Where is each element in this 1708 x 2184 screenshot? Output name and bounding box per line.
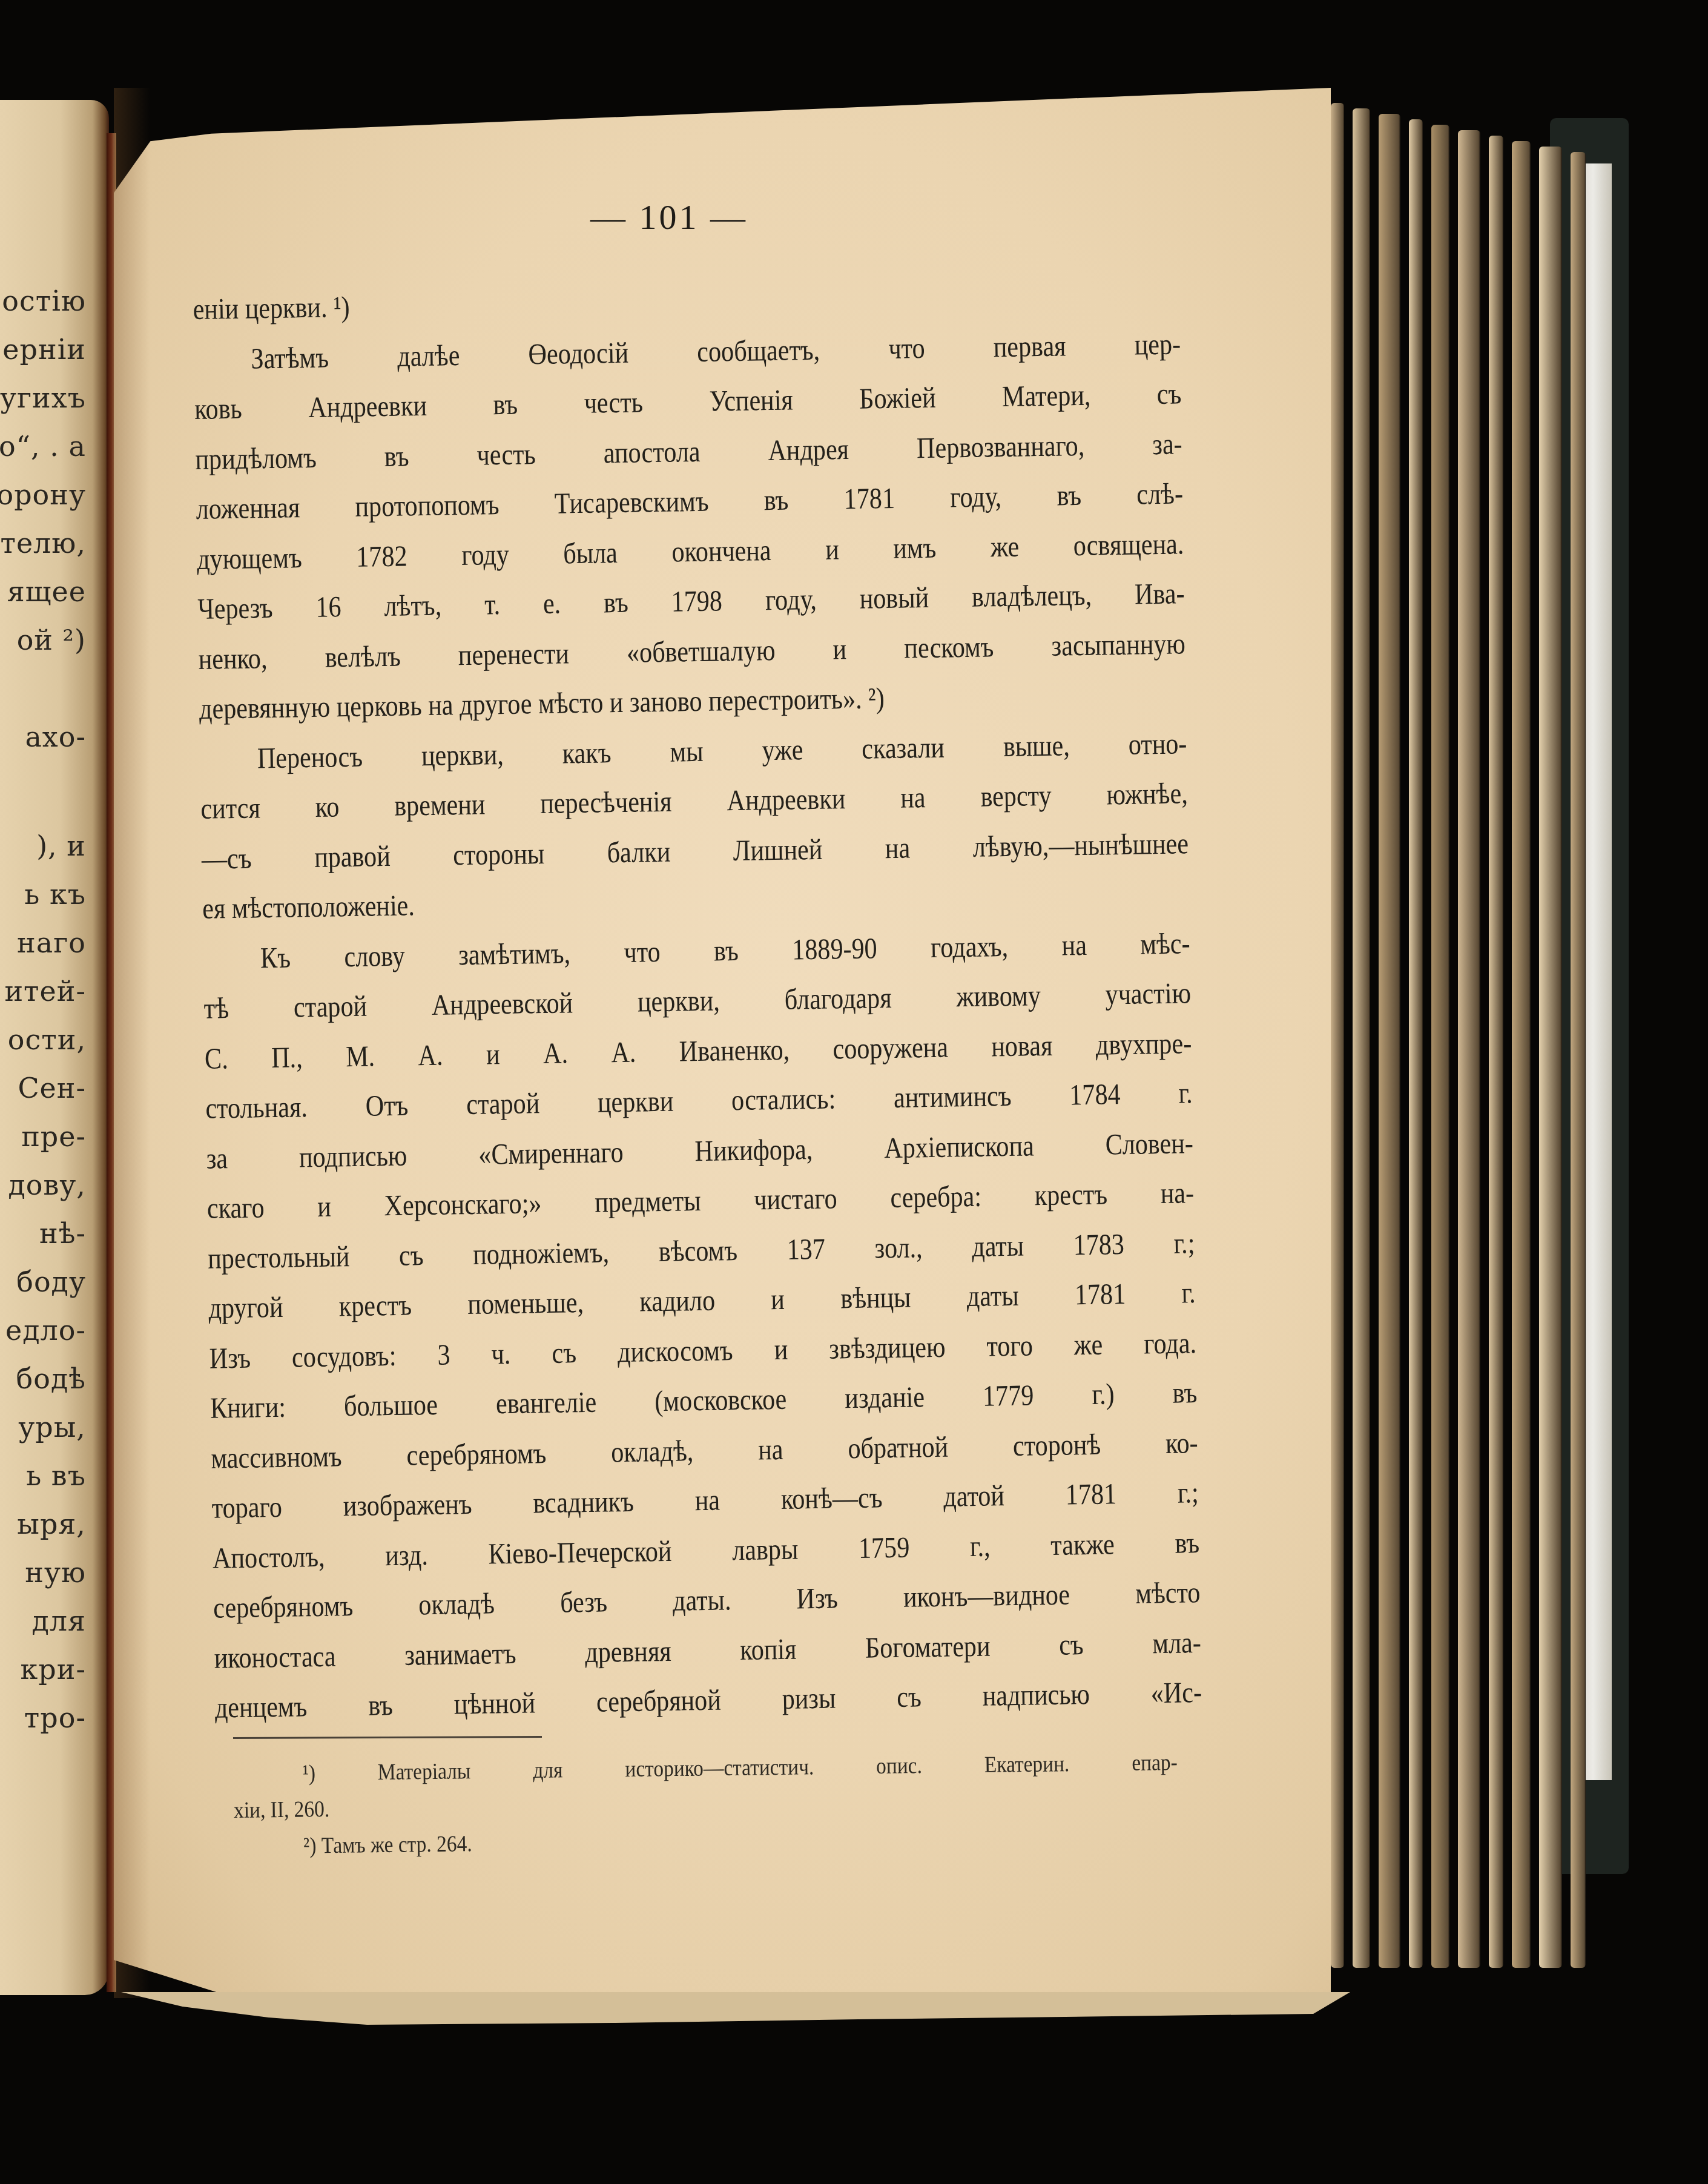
left-page-text-line: для (31, 1605, 86, 1637)
left-page-text-line: итей- (4, 975, 86, 1008)
left-page-text-line: кри- (21, 1653, 86, 1686)
left-page-text-line: ости, (8, 1023, 86, 1056)
left-page-text-line: угихъ (0, 381, 86, 414)
left-page-text-line: ыря, (17, 1508, 86, 1540)
left-page-text-line: тро- (24, 1701, 86, 1734)
page-edge (1539, 147, 1562, 1968)
page-edge (1409, 119, 1423, 1968)
left-page-text-line: ящее (7, 575, 86, 608)
page-bottom-edge (121, 1992, 1350, 2028)
left-page-text-line: Сен- (18, 1072, 86, 1104)
left-page-text-line: ), и (36, 830, 86, 862)
page-number: — 101 — (590, 197, 748, 237)
left-page-text-line: ностію (0, 285, 86, 317)
page-edge (1379, 114, 1400, 1968)
page-edges-stack (1331, 103, 1615, 1968)
left-page-text-line: ь въ (26, 1459, 86, 1492)
left-page-text-line: боду (16, 1265, 86, 1298)
left-page-text-line: телю, (0, 527, 86, 559)
left-page-text-line: едло- (5, 1314, 86, 1347)
footnotes: ¹) Матеріалы для историко—статистич. опи… (233, 1744, 1179, 1865)
left-page-text-line: ь къ (24, 878, 86, 911)
page-edge (1431, 125, 1449, 1968)
page-edge (1571, 152, 1586, 1968)
left-page-text-line: о“, . а (0, 430, 86, 463)
left-page-text-line: наго (17, 926, 86, 959)
page-edge (1512, 141, 1531, 1968)
left-page-text-line: ахо- (25, 721, 86, 753)
left-page-fragment: ностіюерніиугихъо“, . аоронутелю,ящееой … (0, 100, 109, 1995)
page-edge (1458, 130, 1480, 1968)
body-text: еніи церкви. ¹)Затѣмъ далѣе Өеодосій соо… (193, 269, 1202, 1733)
page-edge (1489, 136, 1503, 1968)
left-page-text-line: дову, (8, 1169, 86, 1201)
left-page-text-line: ерніи (2, 333, 86, 366)
left-page-text-line: уры, (18, 1411, 86, 1443)
left-page-text-line: бодѣ (16, 1362, 86, 1395)
page-edge (1331, 103, 1344, 1968)
left-page-text-line: ой ²) (17, 624, 86, 656)
left-page-text-line: нѣ- (39, 1217, 86, 1250)
left-page-text-line: ную (25, 1556, 86, 1589)
page-edge (1353, 108, 1370, 1968)
left-page-text-line: орону (0, 478, 86, 511)
left-page-text-line: пре- (21, 1120, 86, 1153)
